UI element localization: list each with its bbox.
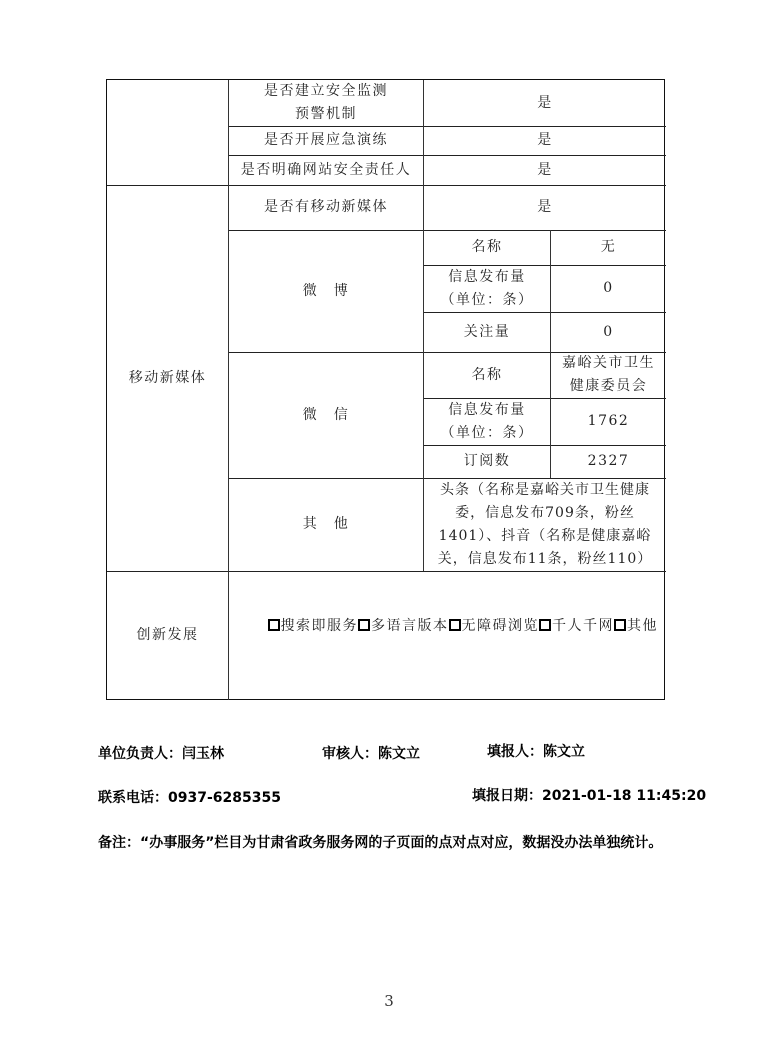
value-security-owner: 是 bbox=[424, 155, 666, 185]
wechat-subscribers-value: 2327 bbox=[551, 445, 666, 478]
checkbox-icon[interactable] bbox=[358, 619, 370, 631]
value-monitoring-warning: 是 bbox=[424, 80, 666, 126]
value-emergency-drill: 是 bbox=[424, 126, 666, 155]
option-other[interactable]: 其他 bbox=[614, 618, 658, 634]
remark-note: 备注：“办事服务”栏目为甘肃省政务服务网的子页面的点对点对应，数据没办法单独统计… bbox=[98, 832, 668, 854]
page-number: 3 bbox=[0, 992, 778, 1010]
value-has-mobile-media: 是 bbox=[424, 185, 666, 230]
label-emergency-drill: 是否开展应急演练 bbox=[229, 126, 423, 155]
reviewer: 审核人：陈文立 bbox=[322, 743, 420, 763]
wechat-name-value: 嘉峪关市卫生健康委员会 bbox=[551, 352, 666, 398]
weibo-name-value: 无 bbox=[551, 230, 666, 265]
label-monitoring-warning: 是否建立安全监测预警机制 bbox=[229, 80, 423, 126]
wechat-posts-value: 1762 bbox=[551, 398, 666, 445]
checkbox-icon[interactable] bbox=[449, 619, 461, 631]
label-weibo: 微 博 bbox=[229, 230, 423, 352]
innovation-options: 搜索即服务多语言版本无障碍浏览千人千网其他 bbox=[229, 571, 666, 681]
option-search-as-service[interactable]: 搜索即服务 bbox=[268, 618, 359, 634]
filler: 填报人：陈文立 bbox=[487, 741, 585, 761]
weibo-followers-value: 0 bbox=[551, 312, 666, 352]
report-table: 是否建立安全监测预警机制 是 是否开展应急演练 是 是否明确网站安全责任人 是 … bbox=[106, 79, 665, 700]
option-accessibility[interactable]: 无障碍浏览 bbox=[449, 618, 540, 634]
label-innovation: 创新发展 bbox=[107, 571, 228, 699]
label-security-owner: 是否明确网站安全责任人 bbox=[229, 155, 423, 185]
fill-date: 填报日期：2021-01-18 11:45:20 bbox=[472, 785, 706, 805]
label-wechat: 微 信 bbox=[229, 352, 423, 478]
checkbox-icon[interactable] bbox=[614, 619, 626, 631]
section-mobile-media: 移动新媒体 bbox=[107, 185, 228, 571]
weibo-posts-label: 信息发布量（单位：条） bbox=[424, 265, 550, 312]
weibo-name-label: 名称 bbox=[424, 230, 550, 265]
wechat-posts-label: 信息发布量（单位：条） bbox=[424, 398, 550, 445]
option-multilingual[interactable]: 多语言版本 bbox=[358, 618, 449, 634]
label-other-media: 其 他 bbox=[229, 478, 423, 571]
contact-phone: 联系电话：0937-6285355 bbox=[98, 787, 281, 807]
label-has-mobile-media: 是否有移动新媒体 bbox=[229, 185, 423, 230]
weibo-posts-value: 0 bbox=[551, 265, 666, 312]
wechat-name-label: 名称 bbox=[424, 352, 550, 398]
checkbox-icon[interactable] bbox=[539, 619, 551, 631]
checkbox-icon[interactable] bbox=[268, 619, 280, 631]
weibo-followers-label: 关注量 bbox=[424, 312, 550, 352]
unit-head: 单位负责人：闫玉林 bbox=[98, 743, 224, 763]
option-personalized[interactable]: 千人千网 bbox=[539, 618, 614, 634]
wechat-subscribers-label: 订阅数 bbox=[424, 445, 550, 478]
value-other-media: 头条（名称是嘉峪关市卫生健康委，信息发布709条，粉丝1401）、抖音（名称是健… bbox=[424, 478, 666, 571]
